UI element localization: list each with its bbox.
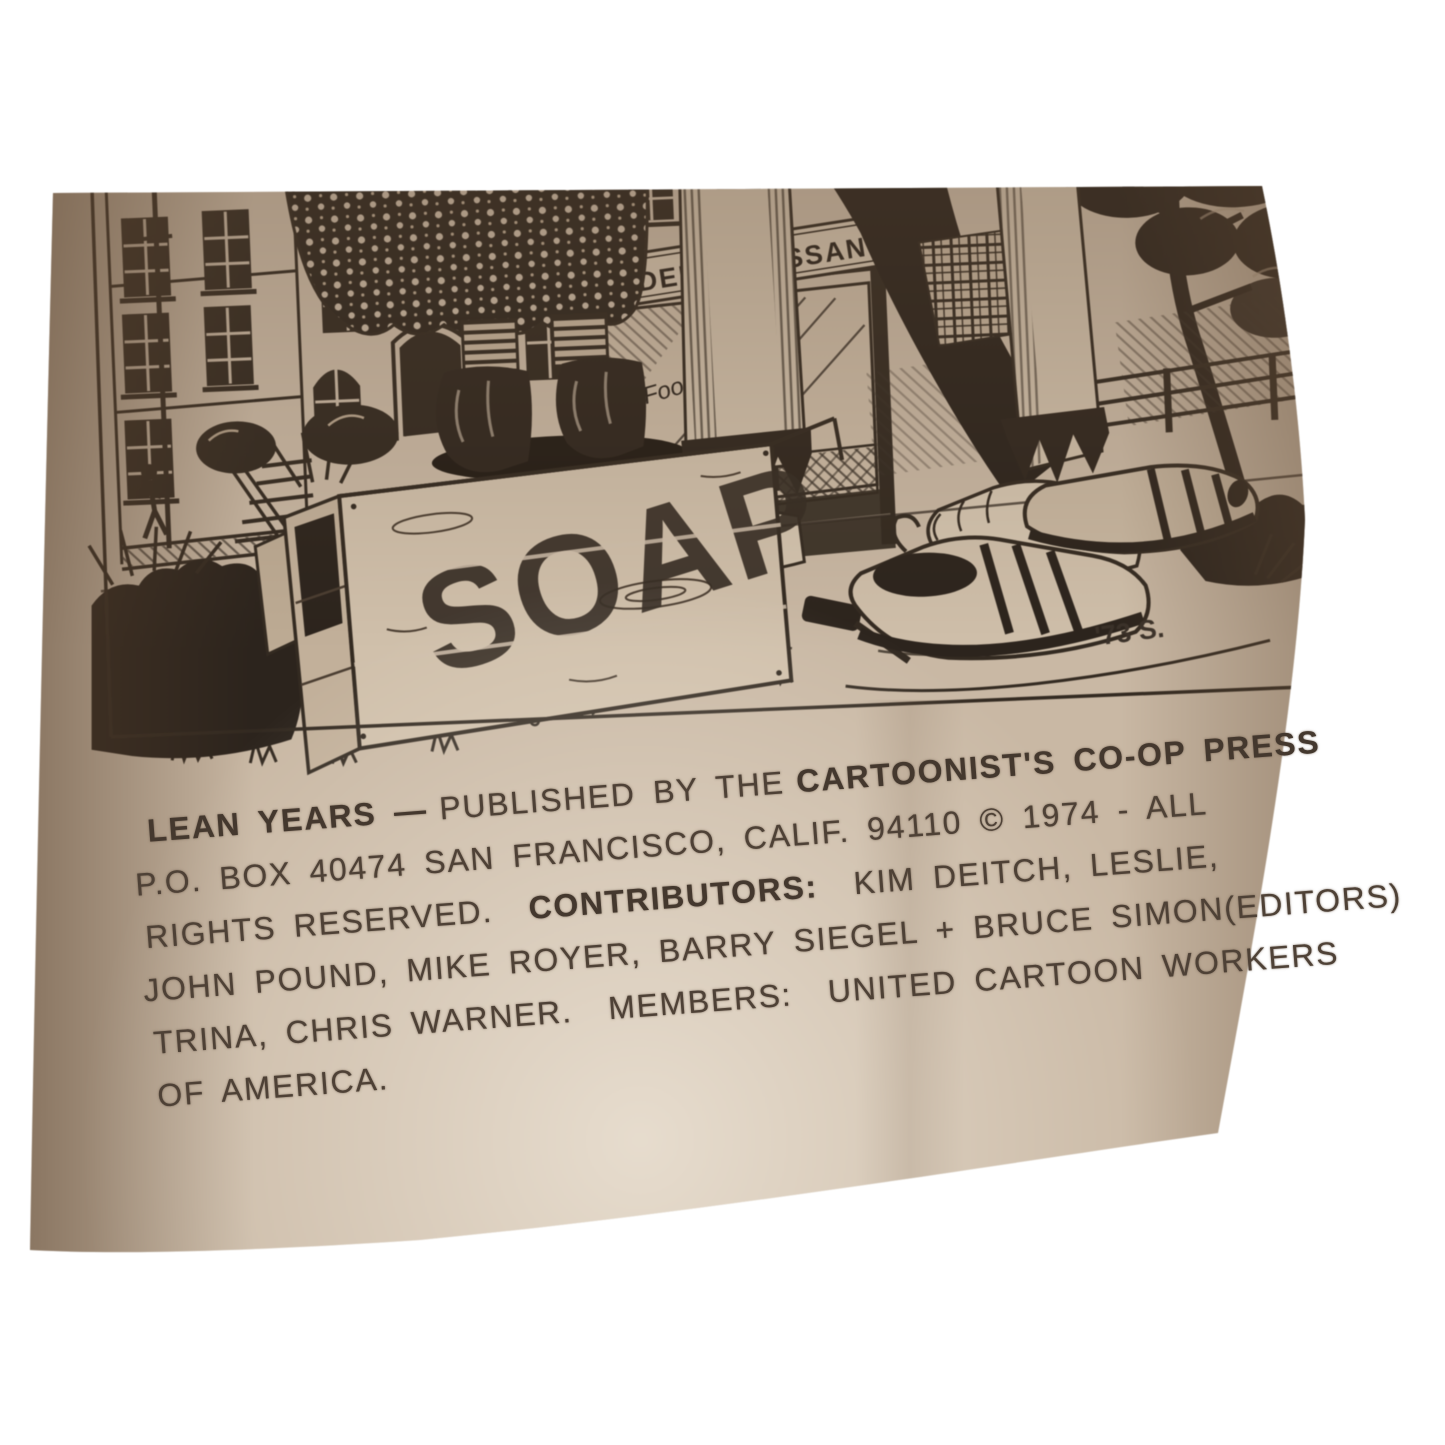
photo-stage: DELICATESSAN Food: [0, 0, 1445, 1445]
comic-page-photo: DELICATESSAN Food: [0, 0, 1445, 1445]
